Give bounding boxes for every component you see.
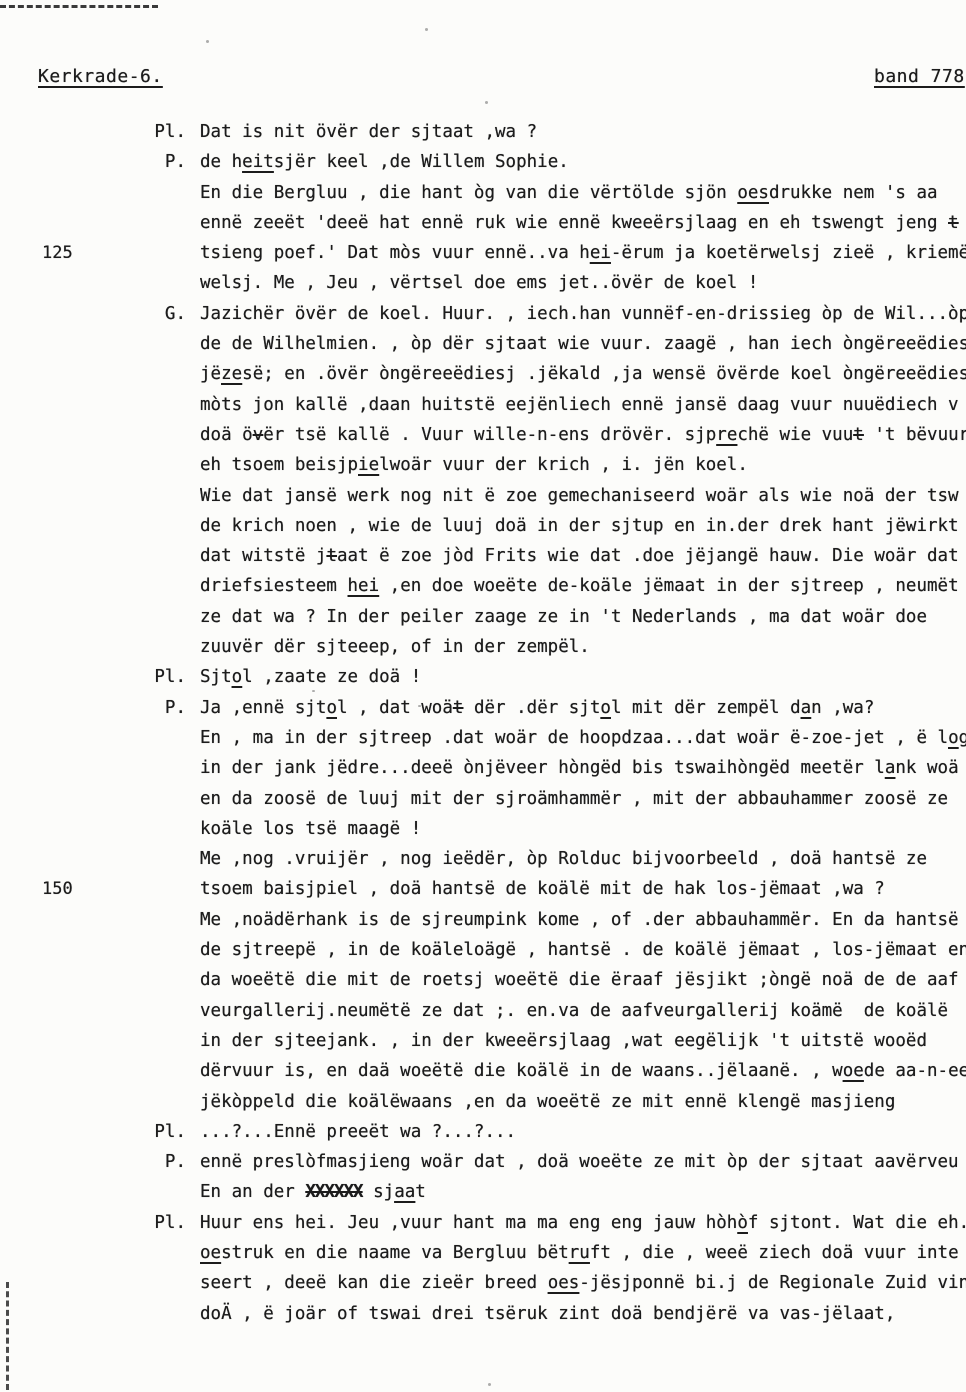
transcript-line: driefsiesteem hei ,en doe woeëte de-koäl… — [0, 571, 966, 601]
margin-line-number — [0, 693, 150, 723]
transcript-line: veurgallerij.neumëtë ze dat ;. en.va de … — [0, 996, 966, 1026]
scan-speck — [206, 40, 209, 43]
transcript-line: Pl.Dat is nit övër der sjtaat ,wa ? — [0, 117, 966, 147]
margin-line-number — [0, 450, 150, 480]
scan-speck — [425, 28, 428, 31]
margin-line-number — [0, 268, 150, 298]
margin-line-number: 125 — [0, 238, 150, 268]
transcript-line: de de Wilhelmien. , òp dër sjtaat wie vu… — [0, 329, 966, 359]
margin-line-number — [0, 208, 150, 238]
speaker-label — [150, 329, 186, 359]
line-text: Jazichër övër de koel. Huur. , iech.han … — [200, 299, 966, 329]
margin-line-number — [0, 147, 150, 177]
line-text: En die Bergluu , die hant òg van die vër… — [200, 178, 966, 208]
margin-line-number — [0, 905, 150, 935]
margin-line-number — [0, 844, 150, 874]
transcript-line: mòts jon kallë ,daan huitstë eejënliech … — [0, 390, 966, 420]
margin-line-number — [0, 541, 150, 571]
transcript-line: G.Jazichër övër de koel. Huur. , iech.ha… — [0, 299, 966, 329]
line-text: de heitsjër keel ,de Willem Sophie. — [200, 147, 966, 177]
line-text: Ja ,ennë sjtol , dat woät dër .dër sjtol… — [200, 693, 966, 723]
margin-line-number — [0, 1238, 150, 1268]
line-text: koäle los tsë maagë ! — [200, 814, 966, 844]
margin-line-number — [0, 178, 150, 208]
line-text: de de Wilhelmien. , òp dër sjtaat wie vu… — [200, 329, 966, 359]
speaker-label — [150, 1026, 186, 1056]
transcript-line: En an der XXXXXX sjaat — [0, 1177, 966, 1207]
line-text: tsieng poef.' Dat mòs vuur ennë..va hei-… — [200, 238, 966, 268]
transcript-line: doÄ , ë joär of tswai drei tsëruk zint d… — [0, 1299, 966, 1329]
margin-line-number — [0, 784, 150, 814]
speaker-label: Pl. — [150, 662, 186, 692]
transcript-line: En , ma in der sjtreep .dat woär de hoop… — [0, 723, 966, 753]
margin-line-number — [0, 1299, 150, 1329]
transcript-line: dat witstë jtaat ë zoe jòd Frits wie dat… — [0, 541, 966, 571]
line-text: dat witstë jtaat ë zoe jòd Frits wie dat… — [200, 541, 966, 571]
margin-line-number — [0, 1087, 150, 1117]
transcript-line: jëzesë; en .övër òngëreeëdiesj .jëkald ,… — [0, 359, 966, 389]
line-text: en da zoosë de luuj mit der sjroämhammër… — [200, 784, 966, 814]
speaker-label — [150, 874, 186, 904]
transcript-line: Me ,nog .vruijër , nog ieëdër, òp Rolduc… — [0, 844, 966, 874]
margin-line-number — [0, 996, 150, 1026]
margin-line-number — [0, 1026, 150, 1056]
transcript-line: dërvuur is, en daä woeëtë die koälë in d… — [0, 1056, 966, 1086]
speaker-label — [150, 723, 186, 753]
speaker-label — [150, 511, 186, 541]
line-text: Me ,nog .vruijër , nog ieëdër, òp Rolduc… — [200, 844, 966, 874]
line-text: Sjtol ,zaate ze doä ! — [200, 662, 966, 692]
transcript-line: P.Ja ,ennë sjtol , dat woät dër .dër sjt… — [0, 693, 966, 723]
transcript-line: welsj. Me , Jeu , vërtsel doe ems jet..ö… — [0, 268, 966, 298]
speaker-label: P. — [150, 1147, 186, 1177]
speaker-label — [150, 1299, 186, 1329]
transcript-line: Pl....?...Ennë preeët wa ?...?... — [0, 1117, 966, 1147]
speaker-label — [150, 541, 186, 571]
scanned-transcript-page: Kerkrade-6. band 778 Pl.Dat is nit övër … — [0, 0, 966, 1392]
margin-line-number — [0, 1117, 150, 1147]
scan-speck — [485, 101, 488, 104]
speaker-label — [150, 178, 186, 208]
margin-line-number — [0, 632, 150, 662]
transcript-line: P.de heitsjër keel ,de Willem Sophie. — [0, 147, 966, 177]
line-text: doÄ , ë joär of tswai drei tsëruk zint d… — [200, 1299, 966, 1329]
margin-line-number: 150 — [0, 874, 150, 904]
speaker-label — [150, 571, 186, 601]
transcript-line: P.ennë preslòfmasjieng woär dat , doä wo… — [0, 1147, 966, 1177]
line-text: Dat is nit övër der sjtaat ,wa ? — [200, 117, 966, 147]
margin-line-number — [0, 390, 150, 420]
line-text: Huur ens hei. Jeu ,vuur hant ma ma eng e… — [200, 1208, 966, 1238]
transcript-line: in der jank jëdre...deeë ònjëveer hòngëd… — [0, 753, 966, 783]
speaker-label — [150, 996, 186, 1026]
margin-line-number — [0, 1208, 150, 1238]
transcript-line: en da zoosë de luuj mit der sjroämhammër… — [0, 784, 966, 814]
transcript-line: de sjtreepë , in de koäleloägë , hantsë … — [0, 935, 966, 965]
speaker-label — [150, 632, 186, 662]
transcript-body: Pl.Dat is nit övër der sjtaat ,wa ?P.de … — [0, 117, 966, 1329]
margin-line-number — [0, 359, 150, 389]
transcript-line: Wie dat jansë werk nog nit ë zoe gemecha… — [0, 481, 966, 511]
transcript-line: En die Bergluu , die hant òg van die vër… — [0, 178, 966, 208]
transcript-line: zuuvër dër sjteeep, of in der zempël. — [0, 632, 966, 662]
line-text: ennë zeeët 'deeë hat ennë ruk wie ennë k… — [200, 208, 966, 238]
line-text: Wie dat jansë werk nog nit ë zoe gemecha… — [200, 481, 966, 511]
band-reference: band 778 — [874, 66, 965, 87]
transcript-line: 150tsoem baisjpiel , doä hantsë de koälë… — [0, 874, 966, 904]
line-text: in der sjteejank. , in der kweeërsjlaag … — [200, 1026, 966, 1056]
line-text: jëkòppeld die koälëwaans ,en da woeëtë z… — [200, 1087, 966, 1117]
margin-line-number — [0, 117, 150, 147]
margin-line-number — [0, 965, 150, 995]
line-text: eh tsoem beisjpielwoär vuur der krich , … — [200, 450, 966, 480]
margin-line-number — [0, 1268, 150, 1298]
speaker-label — [150, 390, 186, 420]
scan-artifact-top-dashes — [0, 5, 158, 8]
speaker-label — [150, 844, 186, 874]
speaker-label — [150, 450, 186, 480]
transcript-line: oestruk en die naame va Bergluu bëtruft … — [0, 1238, 966, 1268]
speaker-label — [150, 481, 186, 511]
speaker-label — [150, 1268, 186, 1298]
speaker-label: Pl. — [150, 1208, 186, 1238]
speaker-label: G. — [150, 299, 186, 329]
transcript-line: Pl.Huur ens hei. Jeu ,vuur hant ma ma en… — [0, 1208, 966, 1238]
speaker-label — [150, 1056, 186, 1086]
line-text: de sjtreepë , in de koäleloägë , hantsë … — [200, 935, 966, 965]
line-text: oestruk en die naame va Bergluu bëtruft … — [200, 1238, 966, 1268]
transcript-line: Me ,noädërhank is de sjreumpink kome , o… — [0, 905, 966, 935]
margin-line-number — [0, 753, 150, 783]
line-text: doä övër tsë kallë . Vuur wille-n-ens dr… — [200, 420, 966, 450]
line-text: tsoem baisjpiel , doä hantsë de koälë mi… — [200, 874, 966, 904]
speaker-label — [150, 965, 186, 995]
line-text: dërvuur is, en daä woeëtë die koälë in d… — [200, 1056, 966, 1086]
line-text: ze dat wa ? In der peiler zaage ze in 't… — [200, 602, 966, 632]
transcript-line: seert , deeë kan die zieër breed oes-jës… — [0, 1268, 966, 1298]
transcript-line: doä övër tsë kallë . Vuur wille-n-ens dr… — [0, 420, 966, 450]
speaker-label: Pl. — [150, 1117, 186, 1147]
margin-line-number — [0, 299, 150, 329]
speaker-label — [150, 268, 186, 298]
margin-line-number — [0, 723, 150, 753]
line-text: seert , deeë kan die zieër breed oes-jës… — [200, 1268, 966, 1298]
speaker-label — [150, 359, 186, 389]
speaker-label — [150, 238, 186, 268]
speaker-label — [150, 784, 186, 814]
transcript-line: jëkòppeld die koälëwaans ,en da woeëtë z… — [0, 1087, 966, 1117]
margin-line-number — [0, 571, 150, 601]
line-text: de krich noen , wie de luuj doä in der s… — [200, 511, 966, 541]
speaker-label — [150, 1238, 186, 1268]
margin-line-number — [0, 481, 150, 511]
line-text: da woeëtë die mit de roetsj woeëtë die ë… — [200, 965, 966, 995]
line-text: En an der XXXXXX sjaat — [200, 1177, 966, 1207]
margin-line-number — [0, 511, 150, 541]
transcript-line: Pl.Sjtol ,zaate ze doä ! — [0, 662, 966, 692]
transcript-line: 125tsieng poef.' Dat mòs vuur ennë..va h… — [0, 238, 966, 268]
transcript-line: eh tsoem beisjpielwoär vuur der krich , … — [0, 450, 966, 480]
transcript-line: ennë zeeët 'deeë hat ennë ruk wie ennë k… — [0, 208, 966, 238]
scan-speck — [488, 1383, 491, 1386]
line-text: zuuvër dër sjteeep, of in der zempël. — [200, 632, 966, 662]
line-text: mòts jon kallë ,daan huitstë eejënliech … — [200, 390, 966, 420]
speaker-label: P. — [150, 147, 186, 177]
line-text: driefsiesteem hei ,en doe woeëte de-koäl… — [200, 571, 966, 601]
speaker-label — [150, 753, 186, 783]
line-text: ennë preslòfmasjieng woär dat , doä woeë… — [200, 1147, 966, 1177]
speaker-label — [150, 1177, 186, 1207]
line-text: En , ma in der sjtreep .dat woär de hoop… — [200, 723, 966, 753]
page-title: Kerkrade-6. — [38, 66, 163, 87]
speaker-label — [150, 602, 186, 632]
margin-line-number — [0, 814, 150, 844]
line-text: Me ,noädërhank is de sjreumpink kome , o… — [200, 905, 966, 935]
margin-line-number — [0, 1147, 150, 1177]
speaker-label — [150, 814, 186, 844]
margin-line-number — [0, 935, 150, 965]
margin-line-number — [0, 1056, 150, 1086]
margin-line-number — [0, 329, 150, 359]
line-text: welsj. Me , Jeu , vërtsel doe ems jet..ö… — [200, 268, 966, 298]
speaker-label — [150, 208, 186, 238]
speaker-label: Pl. — [150, 117, 186, 147]
transcript-line: de krich noen , wie de luuj doä in der s… — [0, 511, 966, 541]
line-text: ...?...Ennë preeët wa ?...?... — [200, 1117, 966, 1147]
margin-line-number — [0, 662, 150, 692]
speaker-label — [150, 935, 186, 965]
speaker-label: P. — [150, 693, 186, 723]
margin-line-number — [0, 1177, 150, 1207]
transcript-line: da woeëtë die mit de roetsj woeëtë die ë… — [0, 965, 966, 995]
margin-line-number — [0, 602, 150, 632]
transcript-line: in der sjteejank. , in der kweeërsjlaag … — [0, 1026, 966, 1056]
transcript-line: koäle los tsë maagë ! — [0, 814, 966, 844]
speaker-label — [150, 1087, 186, 1117]
transcript-line: ze dat wa ? In der peiler zaage ze in 't… — [0, 602, 966, 632]
line-text: veurgallerij.neumëtë ze dat ;. en.va de … — [200, 996, 966, 1026]
speaker-label — [150, 905, 186, 935]
margin-line-number — [0, 420, 150, 450]
speaker-label — [150, 420, 186, 450]
line-text: in der jank jëdre...deeë ònjëveer hòngëd… — [200, 753, 966, 783]
line-text: jëzesë; en .övër òngëreeëdiesj .jëkald ,… — [200, 359, 966, 389]
